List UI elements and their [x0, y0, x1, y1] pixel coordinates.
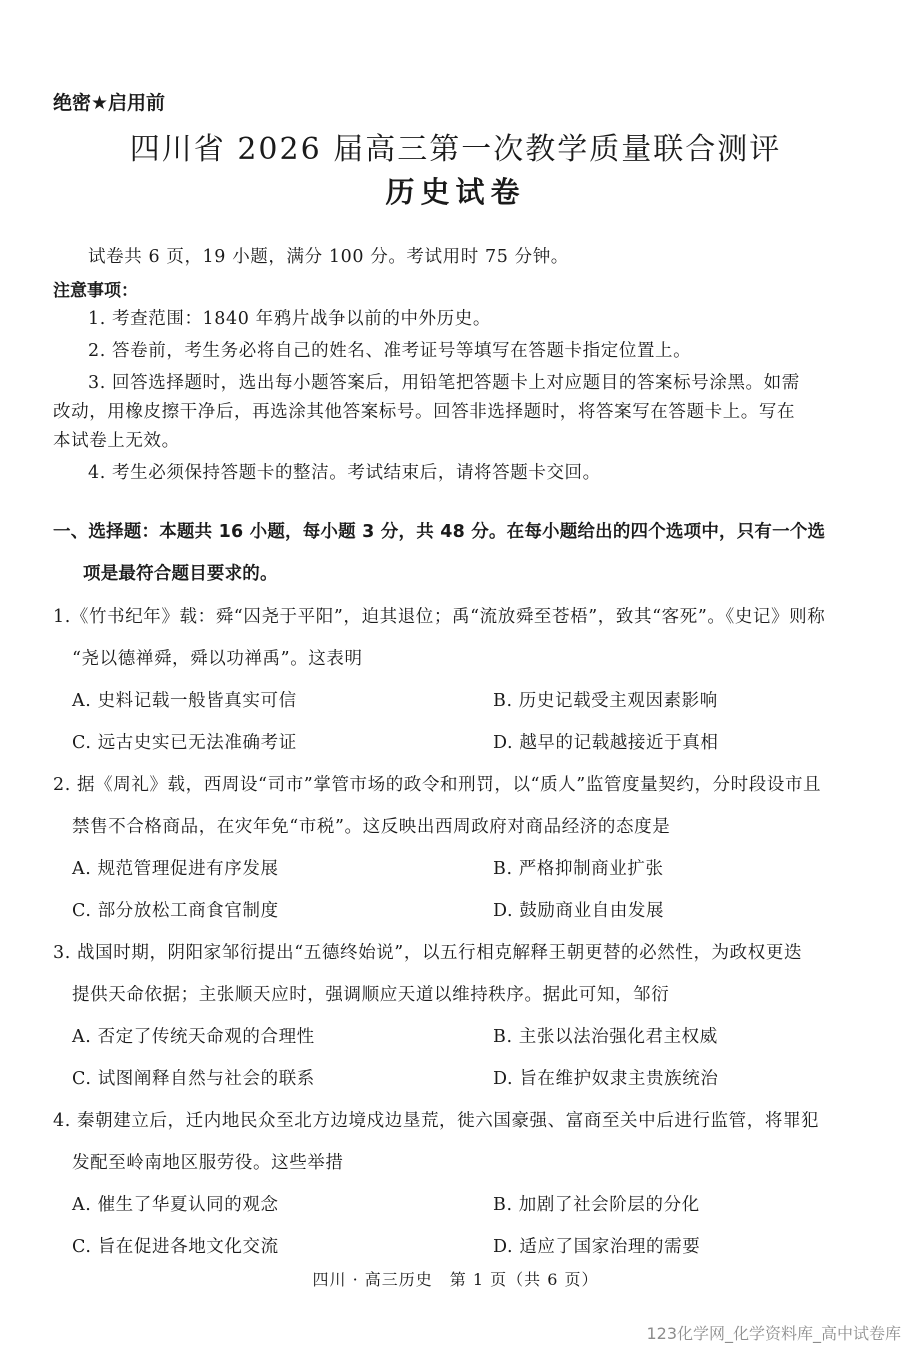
question-2-option-b[interactable]: B. 严格抑制商业扩张	[493, 855, 664, 880]
question-4-option-a[interactable]: A. 催生了华夏认同的观念	[72, 1191, 279, 1216]
question-2-stem: 2. 据《周礼》载，西周设“司市”掌管市场的政令和刑罚，以“质人”监管度量契约，…	[53, 771, 821, 796]
note-item-4: 4. 考生必须保持答题卡的整洁。考试结束后，请将答题卡交回。	[88, 459, 601, 484]
question-3-option-a[interactable]: A. 否定了传统天命观的合理性	[72, 1023, 315, 1048]
question-3-stem: 3. 战国时期，阴阳家邹衍提出“五德终始说”，以五行相克解释王朝更替的必然性，为…	[53, 939, 802, 964]
question-1-option-b[interactable]: B. 历史记载受主观因素影响	[493, 687, 718, 712]
question-1-option-a[interactable]: A. 史料记载一般皆真实可信	[72, 687, 297, 712]
question-3-option-d[interactable]: D. 旨在维护奴隶主贵族统治	[493, 1065, 718, 1090]
question-2-option-d[interactable]: D. 鼓励商业自由发展	[493, 897, 664, 922]
note-item-3-cont: 改动，用橡皮擦干净后，再选涂其他答案标号。回答非选择题时，将答案写在答题卡上。写…	[53, 398, 795, 423]
question-4-option-d[interactable]: D. 适应了国家治理的需要	[493, 1233, 700, 1258]
note-item-3: 3. 回答选择题时，选出每小题答案后，用铅笔把答题卡上对应题目的答案标号涂黑。如…	[88, 369, 800, 394]
question-1-stem-cont: “尧以德禅舜，舜以功禅禹”。这表明	[72, 645, 363, 670]
section-heading: 一、选择题：本题共 16 小题，每小题 3 分，共 48 分。在每小题给出的四个…	[53, 518, 825, 543]
question-3-option-b[interactable]: B. 主张以法治强化君主权威	[493, 1023, 718, 1048]
question-4-stem: 4. 秦朝建立后，迁内地民众至北方边境戍边垦荒，徙六国豪强、富商至关中后进行监管…	[53, 1107, 819, 1132]
section-heading-cont: 项是最符合题目要求的。	[83, 560, 278, 585]
confidential-label: 绝密★启用前	[53, 88, 165, 115]
question-4-option-c[interactable]: C. 旨在促进各地文化交流	[72, 1233, 279, 1258]
exam-intro: 试卷共 6 页，19 小题，满分 100 分。考试用时 75 分钟。	[88, 243, 569, 268]
question-3-option-c[interactable]: C. 试图阐释自然与社会的联系	[72, 1065, 315, 1090]
question-3-stem-cont: 提供天命依据；主张顺天应时，强调顺应天道以维持秩序。据此可知，邹衍	[72, 981, 669, 1006]
question-1-option-d[interactable]: D. 越早的记载越接近于真相	[493, 729, 718, 754]
notes-heading: 注意事项：	[53, 276, 138, 301]
question-1-stem: 1.《竹书纪年》载：舜“囚尧于平阳”，迫其退位；禹“流放舜至苍梧”，致其“客死”…	[53, 603, 825, 628]
question-4-stem-cont: 发配至岭南地区服劳役。这些举措	[72, 1149, 344, 1174]
question-4-option-b[interactable]: B. 加剧了社会阶层的分化	[493, 1191, 700, 1216]
exam-subject: 历史试卷	[0, 170, 911, 211]
note-item-1: 1. 考查范围：1840 年鸦片战争以前的中外历史。	[88, 305, 491, 330]
question-2-stem-cont: 禁售不合格商品，在灾年免“市税”。这反映出西周政府对商品经济的态度是	[72, 813, 670, 838]
page-footer: 四川 · 高三历史 第 1 页（共 6 页）	[0, 1267, 911, 1290]
exam-title: 四川省 2026 届高三第一次教学质量联合测评	[0, 124, 911, 168]
question-2-option-a[interactable]: A. 规范管理促进有序发展	[72, 855, 279, 880]
watermark: 123化学网_化学资料库_高中试卷库	[646, 1321, 901, 1344]
note-item-3-cont2: 本试卷上无效。	[53, 427, 180, 452]
question-2-option-c[interactable]: C. 部分放松工商食官制度	[72, 897, 279, 922]
note-item-2: 2. 答卷前，考生务必将自己的姓名、准考证号等填写在答题卡指定位置上。	[88, 337, 691, 362]
question-1-option-c[interactable]: C. 远古史实已无法准确考证	[72, 729, 297, 754]
